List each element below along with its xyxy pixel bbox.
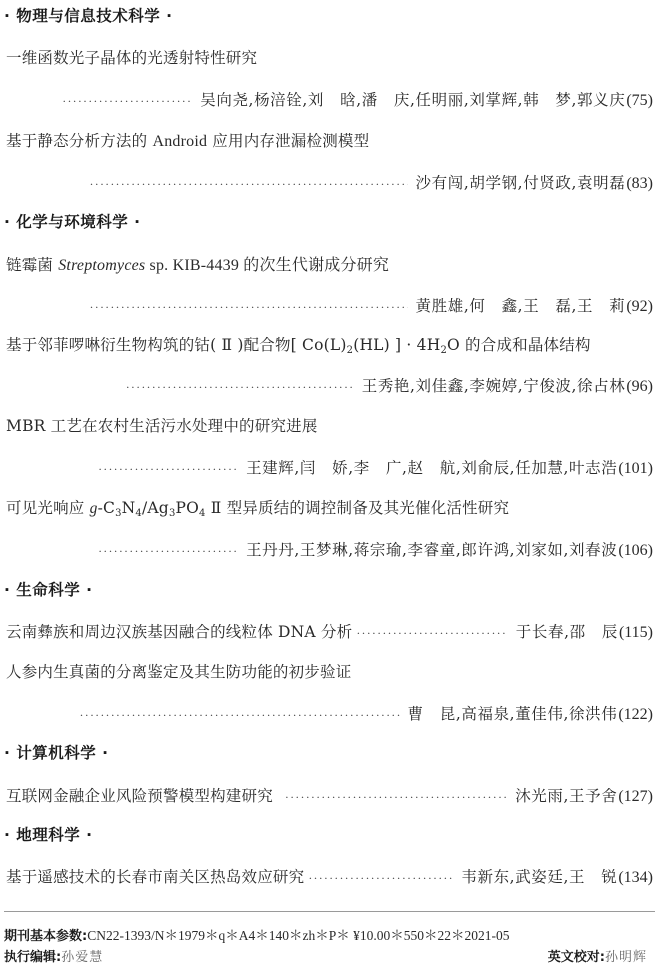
title-text: N [122, 499, 136, 517]
dot-leader: ········································… [90, 177, 408, 192]
article-page-number[interactable]: (92) [626, 298, 653, 316]
article-page-number[interactable]: (134) [618, 869, 653, 887]
article-page-number[interactable]: (83) [626, 175, 653, 193]
article-page-number[interactable]: (127) [618, 788, 653, 806]
article-byline: ········································… [62, 88, 653, 110]
article-entry[interactable]: 云南彝族和周边汉族基因融合的线粒体 DNA 分析 ···············… [6, 620, 653, 642]
proofreader-label: 英文校对: [548, 950, 605, 965]
article-authors: 黄胜雄,何 鑫,王 磊,王 莉 [416, 294, 626, 316]
section-heading-physics: · 物理与信息技术科学 · [4, 4, 173, 26]
params-value: CN22-1393/N＊1979＊q＊A4＊140＊zh＊P＊ ¥10.00＊5… [87, 928, 509, 943]
article-byline: ········································… [80, 702, 653, 724]
editor-label: 执行编辑: [4, 950, 61, 965]
dot-leader: ········································… [126, 380, 354, 395]
article-authors: 韦新东,武姿廷,王 锐 [461, 865, 617, 887]
title-text: 基于静态分析方法的 [6, 132, 152, 150]
article-title: 云南彝族和周边汉族基因融合的线粒体 DNA 分析 [6, 620, 352, 642]
title-text: Ⅱ 型异质结的调控制备及其光催化活性研究 [206, 499, 510, 517]
dot-leader: ········································… [285, 790, 507, 805]
article-page-number[interactable]: (115) [619, 624, 653, 642]
title-text: Android [152, 133, 207, 150]
editor-line: 执行编辑:孙爱慧 英文校对:孙明辉 [4, 946, 653, 965]
title-text: (HL) ] · 4H [353, 336, 440, 354]
dot-leader: ········································… [62, 94, 192, 109]
article-page-number[interactable]: (96) [626, 378, 653, 396]
article-authors: 沐光雨,王予舍 [515, 784, 617, 806]
title-text: 应用内存泄漏检测模型 [207, 132, 369, 150]
footer-divider [4, 911, 655, 912]
dot-leader: ········································… [98, 544, 238, 559]
article-title: 基于遥感技术的长春市南关区热岛效应研究 [6, 865, 304, 887]
article-authors: 王建辉,闫 娇,李 广,赵 航,刘俞辰,任加慧,叶志浩 [246, 456, 617, 478]
article-title[interactable]: 人参内生真菌的分离鉴定及其生防功能的初步验证 [6, 660, 351, 682]
section-heading-chemistry: · 化学与环境科学 · [4, 210, 141, 232]
article-entry[interactable]: 互联网金融企业风险预警模型构建研究 ······················… [6, 784, 653, 806]
title-text: 基于邻菲啰啉衍生物构筑的钴( Ⅱ )配合物[ Co(L) [6, 336, 347, 354]
dot-leader: ········································… [356, 626, 507, 641]
article-title[interactable]: MBR 工艺在农村生活污水处理中的研究进展 [6, 414, 318, 436]
article-page-number[interactable]: (75) [626, 92, 653, 110]
editor-value: 孙爱慧 [61, 950, 103, 965]
title-text: sp. KIB-4439 的次生代谢成分研究 [145, 257, 389, 274]
article-page-number[interactable]: (122) [618, 706, 653, 724]
article-authors: 王丹丹,王梦琳,蒋宗瑜,李睿童,郎许鸿,刘家如,刘春波 [246, 538, 617, 560]
params-label: 期刊基本参数: [4, 929, 87, 944]
article-byline: ········································… [126, 374, 653, 396]
proofreader-value: 孙明辉 [605, 950, 647, 965]
article-title[interactable]: 一维函数光子晶体的光透射特性研究 [6, 46, 257, 68]
article-entry[interactable]: 基于遥感技术的长春市南关区热岛效应研究 ····················… [6, 865, 653, 887]
article-authors: 曹 昆,高福泉,董佳伟,徐洪伟 [408, 702, 618, 724]
proofreader: 英文校对:孙明辉 [548, 946, 647, 965]
dot-leader: ········································… [90, 300, 408, 315]
title-text: 链霉菌 [6, 256, 58, 274]
table-of-contents-page: · 物理与信息技术科学 · 一维函数光子晶体的光透射特性研究 ·········… [0, 0, 659, 975]
title-italic-text: Streptomyces [58, 257, 145, 274]
title-text: -C [98, 499, 116, 517]
title-text: PO [176, 499, 200, 517]
article-title[interactable]: 可见光响应 g-C3N4/Ag3PO4 Ⅱ 型异质结的调控制备及其光催化活性研究 [6, 496, 509, 518]
article-byline: ········································… [98, 538, 653, 560]
article-title[interactable]: 基于邻菲啰啉衍生物构筑的钴( Ⅱ )配合物[ Co(L)2(HL) ] · 4H… [6, 333, 591, 355]
article-authors: 于长春,邵 辰 [516, 620, 618, 642]
dot-leader: ········································… [80, 708, 400, 723]
title-text: /Ag [142, 499, 169, 517]
title-text: 可见光响应 [6, 499, 90, 517]
title-italic-text: g [90, 500, 98, 517]
article-authors: 吴向尧,杨涪铨,刘 晗,潘 庆,任明丽,刘掌辉,韩 梦,郭义庆 [200, 88, 625, 110]
dot-leader: ········································… [98, 462, 238, 477]
section-heading-life-science: · 生命科学 · [4, 578, 93, 600]
article-title[interactable]: 基于静态分析方法的 Android 应用内存泄漏检测模型 [6, 129, 369, 151]
section-heading-computer-science: · 计算机科学 · [4, 741, 109, 763]
article-title: 互联网金融企业风险预警模型构建研究 [6, 784, 273, 806]
article-byline: ········································… [90, 171, 653, 193]
article-byline: ········································… [98, 456, 653, 478]
article-authors: 王秀艳,刘佳鑫,李婉婷,宁俊波,徐占林 [362, 374, 626, 396]
article-authors: 沙有闯,胡学钢,付贤政,袁明磊 [416, 171, 626, 193]
article-page-number[interactable]: (101) [618, 460, 653, 478]
journal-params: 期刊基本参数:CN22-1393/N＊1979＊q＊A4＊140＊zh＊P＊ ¥… [4, 924, 653, 944]
article-page-number[interactable]: (106) [618, 542, 653, 560]
dot-leader: ········································… [308, 871, 453, 886]
section-heading-geography: · 地理科学 · [4, 823, 93, 845]
article-byline: ········································… [90, 294, 653, 316]
article-title[interactable]: 链霉菌 Streptomyces sp. KIB-4439 的次生代谢成分研究 [6, 252, 389, 275]
title-text: O 的合成和晶体结构 [447, 336, 591, 354]
